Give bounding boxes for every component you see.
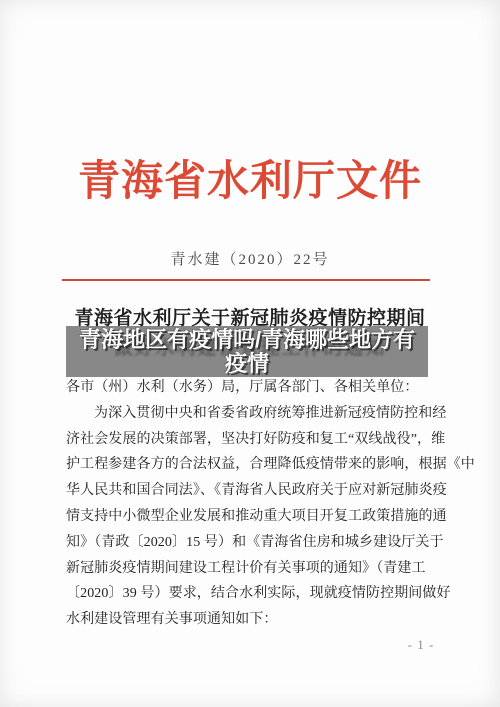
document-number: 青水建（2020）22号 [0, 248, 500, 269]
caption-overlay-text-line2: 疫情 [225, 352, 269, 376]
body-text-line: 〔2020〕39 号）要求，结合水利实际，现就疫情防控期间做好 [66, 581, 438, 607]
caption-overlay-text-line1: 青海地区有疫情吗/青海哪些地方有 [79, 328, 415, 352]
body-text-line: 护工程参建各方的合法权益，合理降低疫情带来的影响，根据《中 [66, 452, 438, 478]
caption-overlay-banner: 青海地区有疫情吗/青海哪些地方有 疫情 [66, 326, 428, 377]
document-body: 各市（州）水利（水务）局，厅属各部门、各相关单位： 为深入贯彻中央和省委省政府统… [66, 375, 438, 633]
red-divider-line [62, 279, 430, 281]
body-text-line: 知》（青政〔2020〕15 号）和《青海省住房和城乡建设厅关于 [66, 530, 438, 556]
scanned-document-page: 青海省水利厅文件 青水建（2020）22号 青海省水利厅关于新冠肺炎疫情防控期间… [0, 0, 500, 707]
body-text-line: 水利建设管理有关事项通知如下： [66, 607, 438, 633]
body-text-line: 济社会发展的决策部署，坚决打好防疫和复工“双线战役”，维 [66, 427, 438, 453]
document-org-title: 青海省水利厅文件 [0, 148, 500, 208]
page-number: - 1 - [398, 637, 444, 653]
body-text-line: 为深入贯彻中央和省委省政府统筹推进新冠疫情防控和经 [66, 401, 438, 427]
body-text-line: 华人民共和国合同法》、《青海省人民政府关于应对新冠肺炎疫 [66, 478, 438, 504]
salutation-line: 各市（州）水利（水务）局，厅属各部门、各相关单位： [66, 375, 438, 401]
body-text-line: 新冠肺炎疫情期间建设工程计价有关事项的通知》（青建工 [66, 556, 438, 582]
body-text-line: 情支持中小微型企业发展和推动重大项目开复工政策措施的通 [66, 504, 438, 530]
